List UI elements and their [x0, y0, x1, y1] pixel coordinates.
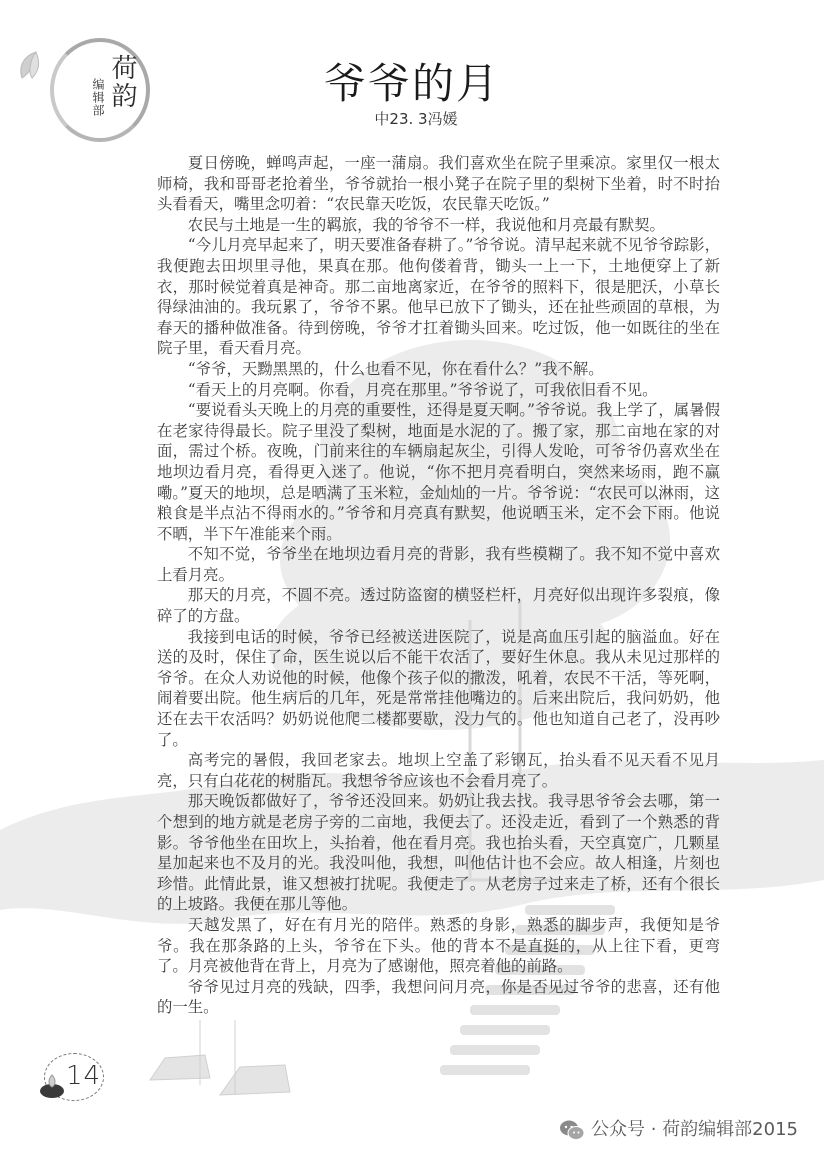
- source-footer: 公众号 · 荷韵编辑部2015: [559, 1118, 798, 1142]
- paragraph: “要说看头天晚上的月亮的重要性，还得是夏天啊。”爷爷说。我上学了，属暑假在老家待…: [157, 400, 720, 544]
- paragraph: 天越发黑了，好在有月光的陪伴。熟悉的身影，熟悉的脚步声，我便知是爷爷。我在那条路…: [157, 915, 720, 977]
- article-title: 爷爷的月: [0, 58, 824, 110]
- paragraph: “今儿月亮早起来了，明天要准备春耕了。”爷爷说。清早起来就不见爷爷踪影，我便跑去…: [157, 235, 720, 359]
- paragraph: 夏日傍晚，蝉鸣声起，一座一蒲扇。我们喜欢坐在院子里乘凉。家里仅一根太师椅，我和哥…: [157, 153, 720, 215]
- paragraph: 高考完的暑假，我回老家去。地坝上空盖了彩钢瓦，抬头看不见天看不见月亮，只有白花花…: [157, 750, 720, 791]
- lotus-leaf-icon: [36, 1071, 66, 1101]
- article-body: 夏日傍晚，蝉鸣声起，一座一蒲扇。我们喜欢坐在院子里乘凉。家里仅一根太师椅，我和哥…: [157, 153, 720, 1018]
- paragraph: 爷爷见过月亮的残缺，四季，我想问问月亮，你是否见过爷爷的悲喜，还有他的一生。: [157, 977, 720, 1018]
- paragraph: “看天上的月亮啊。你看，月亮在那里。”爷爷说了，可我依旧看不见。: [157, 380, 720, 401]
- paragraph: “爷爷，天黝黑黑的，什么也看不见，你在看什么？”我不解。: [157, 359, 720, 380]
- source-label: 公众号 · 荷韵编辑部2015: [591, 1118, 798, 1142]
- wechat-icon: [559, 1119, 585, 1141]
- page-number: 14: [66, 1061, 101, 1091]
- paragraph: 农民与土地是一生的羁旅，我的爷爷不一样，我说他和月亮最有默契。: [157, 215, 720, 236]
- paragraph: 我接到电话的时候，爷爷已经被送进医院了，说是高血压引起的脑溢血。好在送的及时，保…: [157, 627, 720, 751]
- paragraph: 那天晚饭都做好了，爷爷还没回来。奶奶让我去找。我寻思爷爷会去哪，第一个想到的地方…: [157, 791, 720, 915]
- page-number-badge: 14: [36, 1053, 108, 1101]
- paragraph: 那天的月亮，不圆不亮。透过防盗窗的横竖栏杆，月亮好似出现许多裂痕，像碎了的方盘。: [157, 585, 720, 626]
- article-byline: 中23. 3冯媛: [0, 110, 824, 128]
- paragraph: 不知不觉，爷爷坐在地坝边看月亮的背影，我有些模糊了。我不知不觉中喜欢上看月亮。: [157, 544, 720, 585]
